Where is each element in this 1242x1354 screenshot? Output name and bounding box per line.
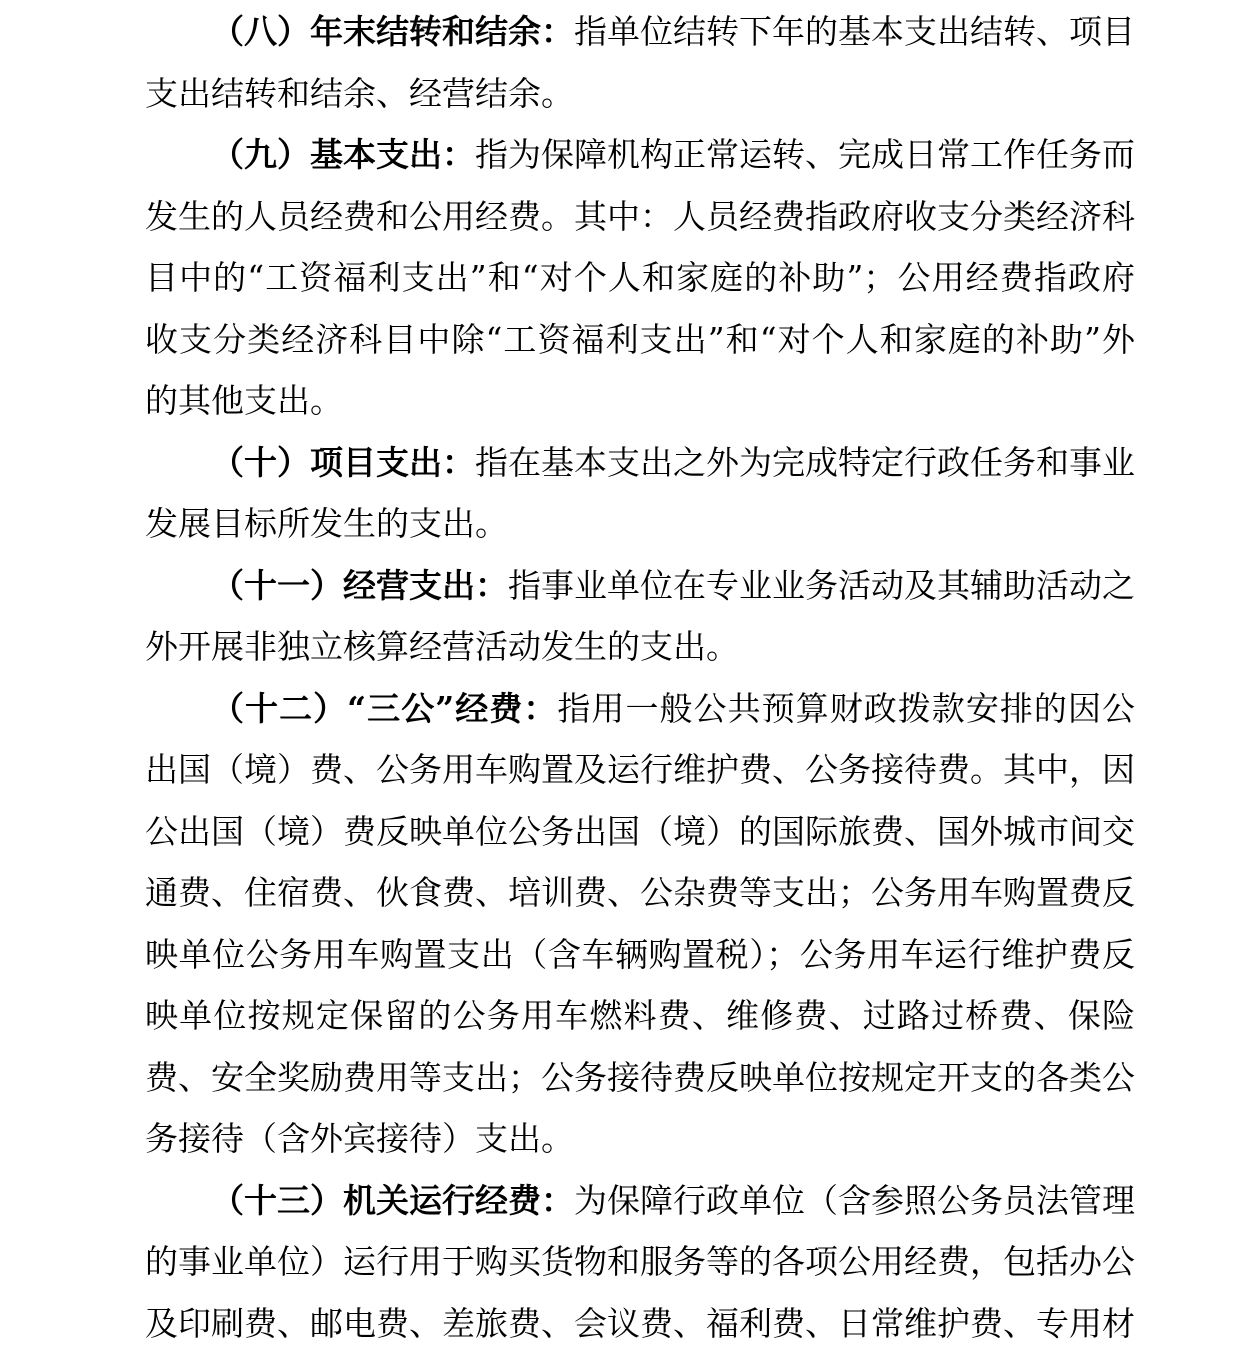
paragraph-operating-expenditure-heading: （十一）经营支出： xyxy=(211,566,508,605)
paragraph-basic-expenditure-text: 指为保障机构正常运转、完成日常工作任务而发生的人员经费和公用经费。其中：人员经费… xyxy=(145,135,1135,420)
paragraph-project-expenditure: （十）项目支出：指在基本支出之外为完成特定行政任务和事业发展目标所发生的支出。 xyxy=(145,432,1135,555)
paragraph-project-expenditure-heading: （十）项目支出： xyxy=(211,443,475,482)
paragraph-agency-operating-funds-heading: （十三）机关运行经费： xyxy=(211,1181,574,1220)
paragraph-year-end-carryover-heading: （八）年末结转和结余： xyxy=(211,12,574,51)
paragraph-year-end-carryover: （八）年末结转和结余：指单位结转下年的基本支出结转、项目支出结转和结余、经营结余… xyxy=(145,1,1135,124)
paragraph-agency-operating-funds: （十三）机关运行经费：为保障行政单位（含参照公务员法管理的事业单位）运行用于购买… xyxy=(145,1170,1135,1354)
paragraph-basic-expenditure-heading: （九）基本支出： xyxy=(211,135,475,174)
document-page: { "page": { "background_color": "#ffffff… xyxy=(0,0,1242,1354)
paragraph-three-public-funds-text: 指用一般公共预算财政拨款安排的因公出国（境）费、公务用车购置及运行维护费、公务接… xyxy=(145,689,1135,1159)
document-body: （八）年末结转和结余：指单位结转下年的基本支出结转、项目支出结转和结余、经营结余… xyxy=(0,0,1242,1354)
paragraph-three-public-funds: （十二）“三公”经费：指用一般公共预算财政拨款安排的因公出国（境）费、公务用车购… xyxy=(145,678,1135,1170)
paragraph-three-public-funds-heading: （十二）“三公”经费： xyxy=(211,689,557,728)
paragraph-basic-expenditure: （九）基本支出：指为保障机构正常运转、完成日常工作任务而发生的人员经费和公用经费… xyxy=(145,124,1135,432)
paragraph-operating-expenditure: （十一）经营支出：指事业单位在专业业务活动及其辅助活动之外开展非独立核算经营活动… xyxy=(145,555,1135,678)
